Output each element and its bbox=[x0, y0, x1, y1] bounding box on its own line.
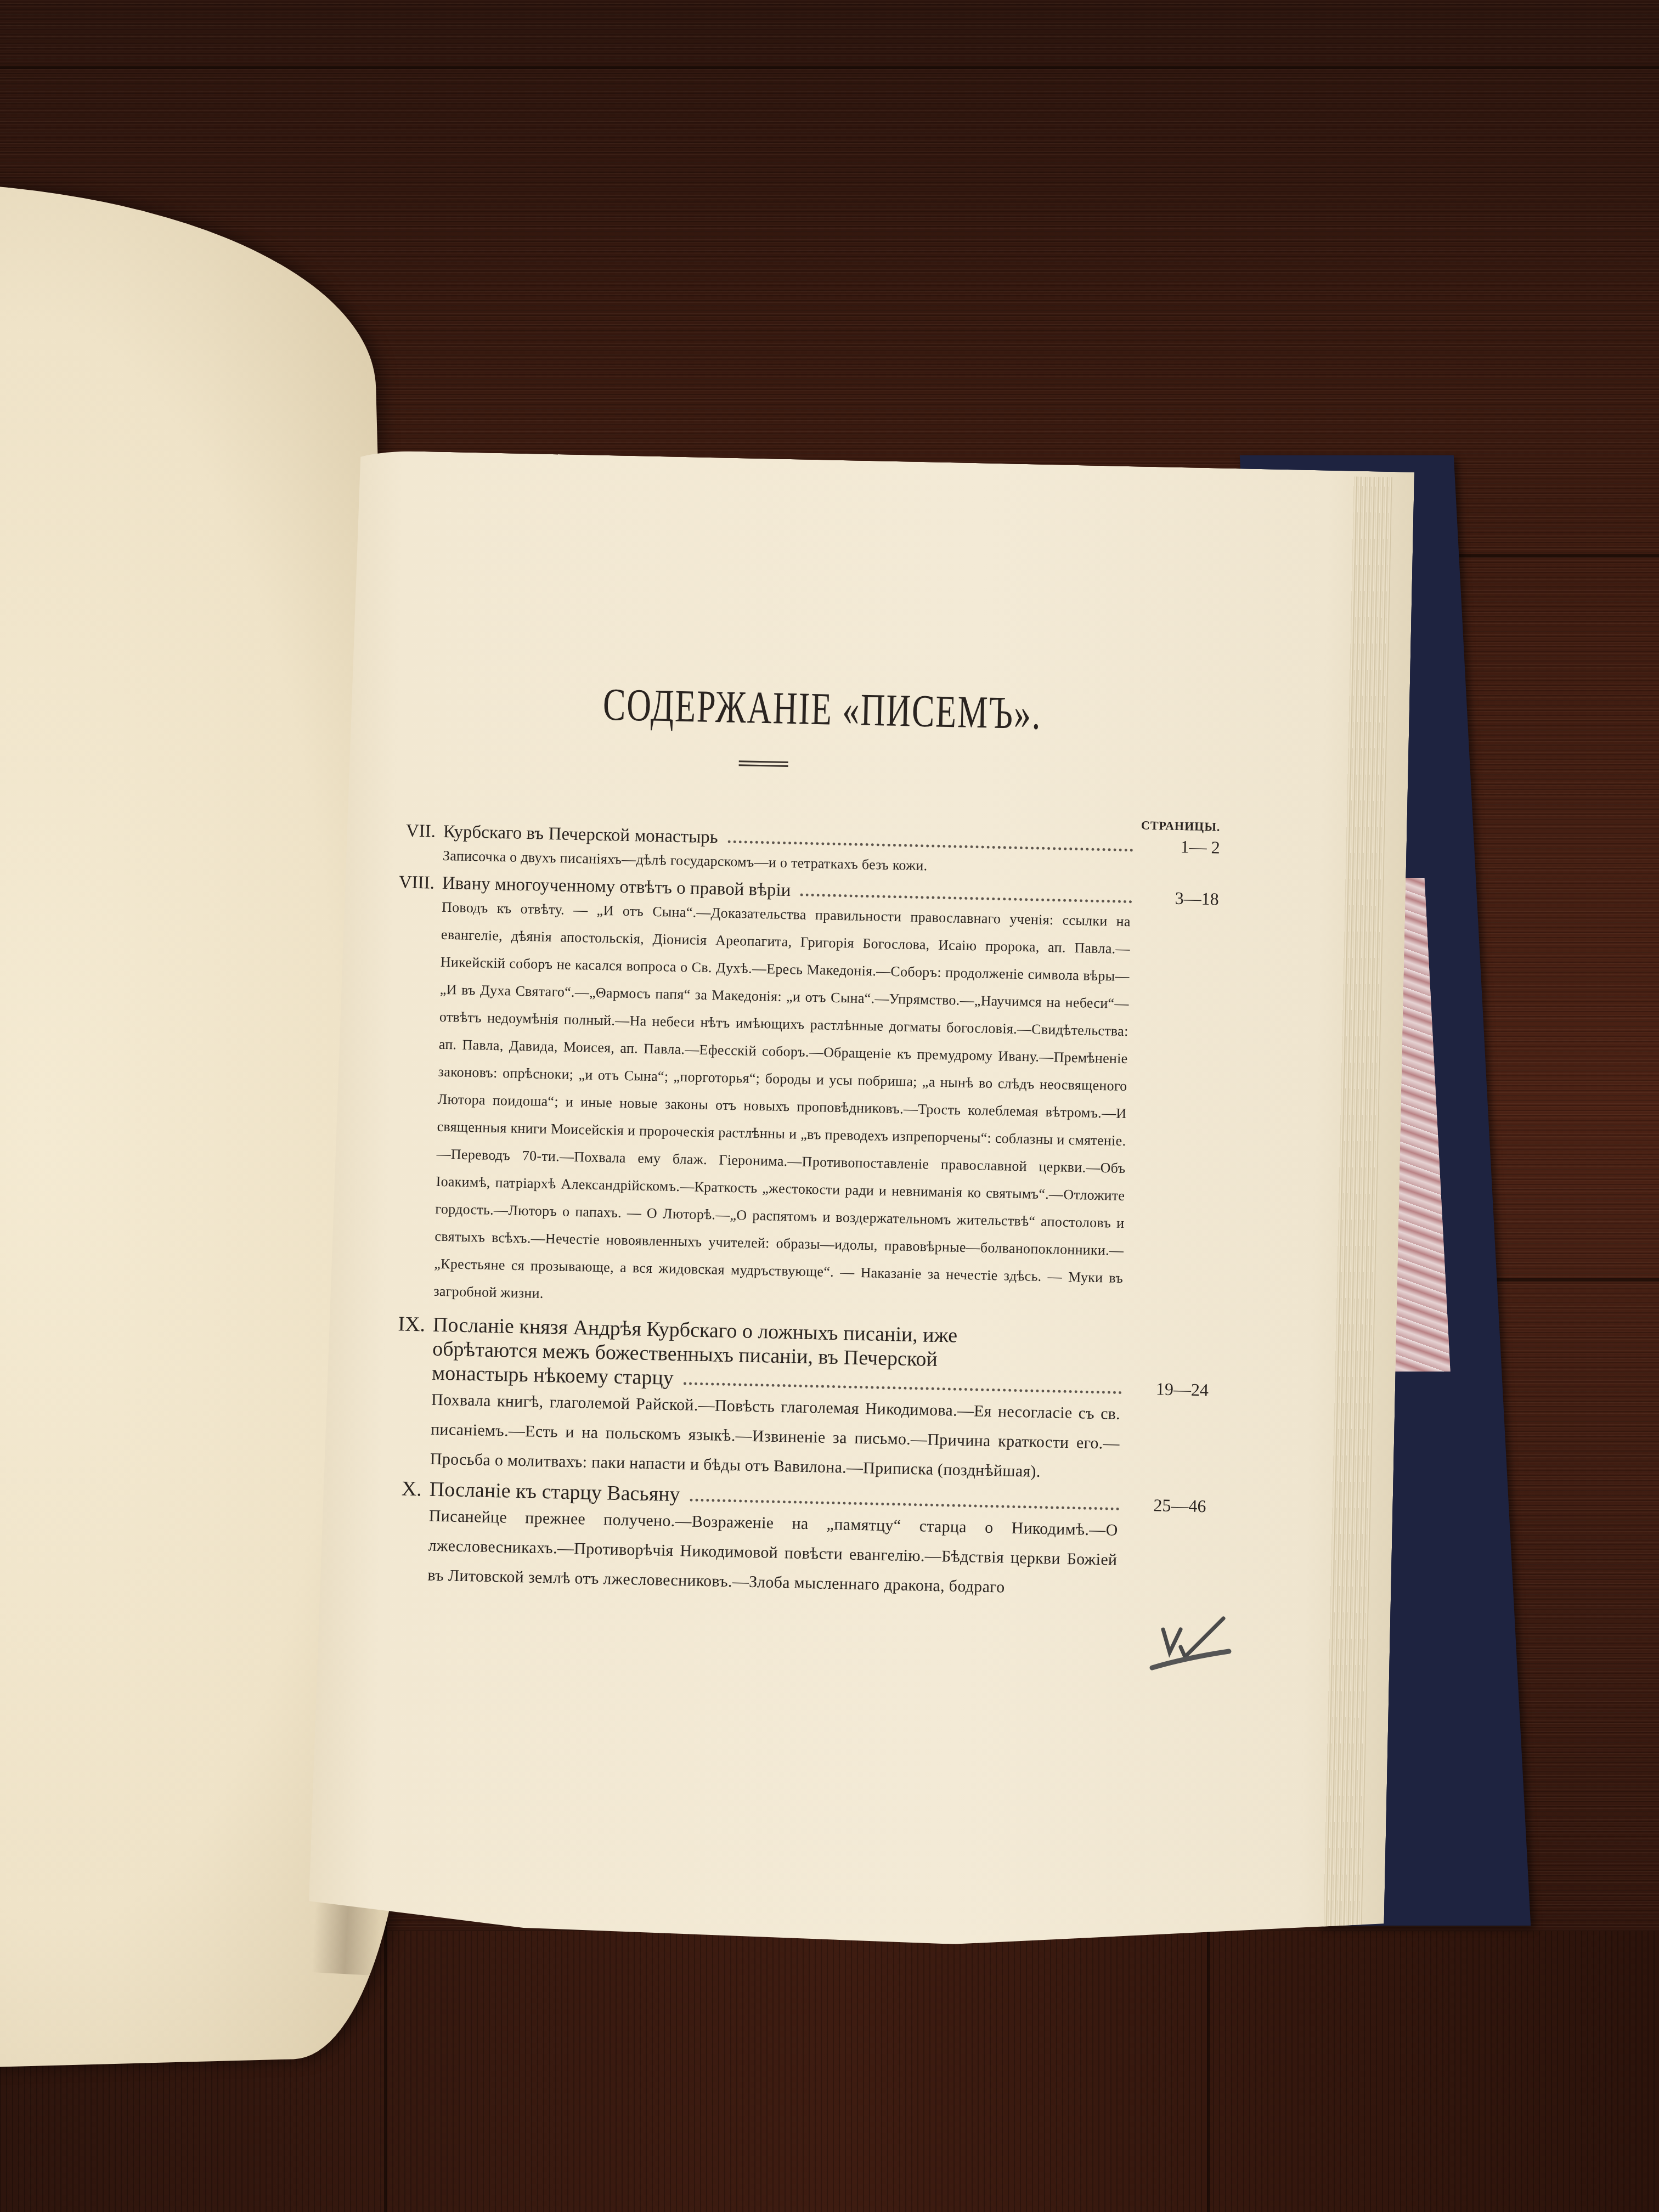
title-double-rule bbox=[739, 760, 788, 767]
entry-numeral: IX. bbox=[387, 1312, 433, 1337]
entry-summary: Похвала книгѣ, глаголемой Райской.—Повѣс… bbox=[430, 1385, 1120, 1488]
entry-summary: Поводъ къ отвѣту. — „И отъ Сына“.—Доказа… bbox=[433, 894, 1131, 1319]
floor-plank-seam bbox=[1207, 1920, 1210, 2212]
entry-pages: 25—46 bbox=[1129, 1494, 1206, 1516]
entry-pages: 3—18 bbox=[1142, 888, 1219, 910]
right-page: СОДЕРЖАНІЕ «ПИСЕМЪ». СТРАНИЦЫ. VII. Курб… bbox=[308, 450, 1414, 1953]
entry-numeral: VIII. bbox=[396, 872, 443, 894]
toc-entry-viii: VIII. Ивану многоученному отвѣтъ о право… bbox=[387, 872, 1219, 1321]
numeral-spacer bbox=[386, 1355, 432, 1356]
floor-plank-seam bbox=[0, 66, 1659, 69]
page-stack-edges bbox=[1323, 477, 1392, 1931]
entry-pages: 19—24 bbox=[1132, 1378, 1209, 1400]
page-title: СОДЕРЖАНІЕ «ПИСЕМЪ». bbox=[421, 675, 1223, 744]
pencil-checkmark-icon bbox=[1147, 1613, 1240, 1673]
entry-numeral: X. bbox=[383, 1476, 430, 1502]
table-of-contents: СОДЕРЖАНІЕ «ПИСЕМЪ». СТРАНИЦЫ. VII. Курб… bbox=[381, 681, 1223, 1606]
entry-pages: 1— 2 bbox=[1143, 836, 1220, 858]
numeral-spacer bbox=[386, 1379, 432, 1380]
entry-numeral: VII. bbox=[397, 821, 444, 842]
toc-entry-ix: IX. Посланіе князя Андрѣя Курбскаго о ло… bbox=[383, 1312, 1210, 1490]
floor-plank-seam bbox=[384, 1920, 387, 2212]
entry-summary: Писанейце прежнее получено.—Возраженіе н… bbox=[427, 1502, 1118, 1605]
toc-entry-x: X. Посланіе къ старцу Васьяну 25—46 Писа… bbox=[381, 1476, 1206, 1606]
